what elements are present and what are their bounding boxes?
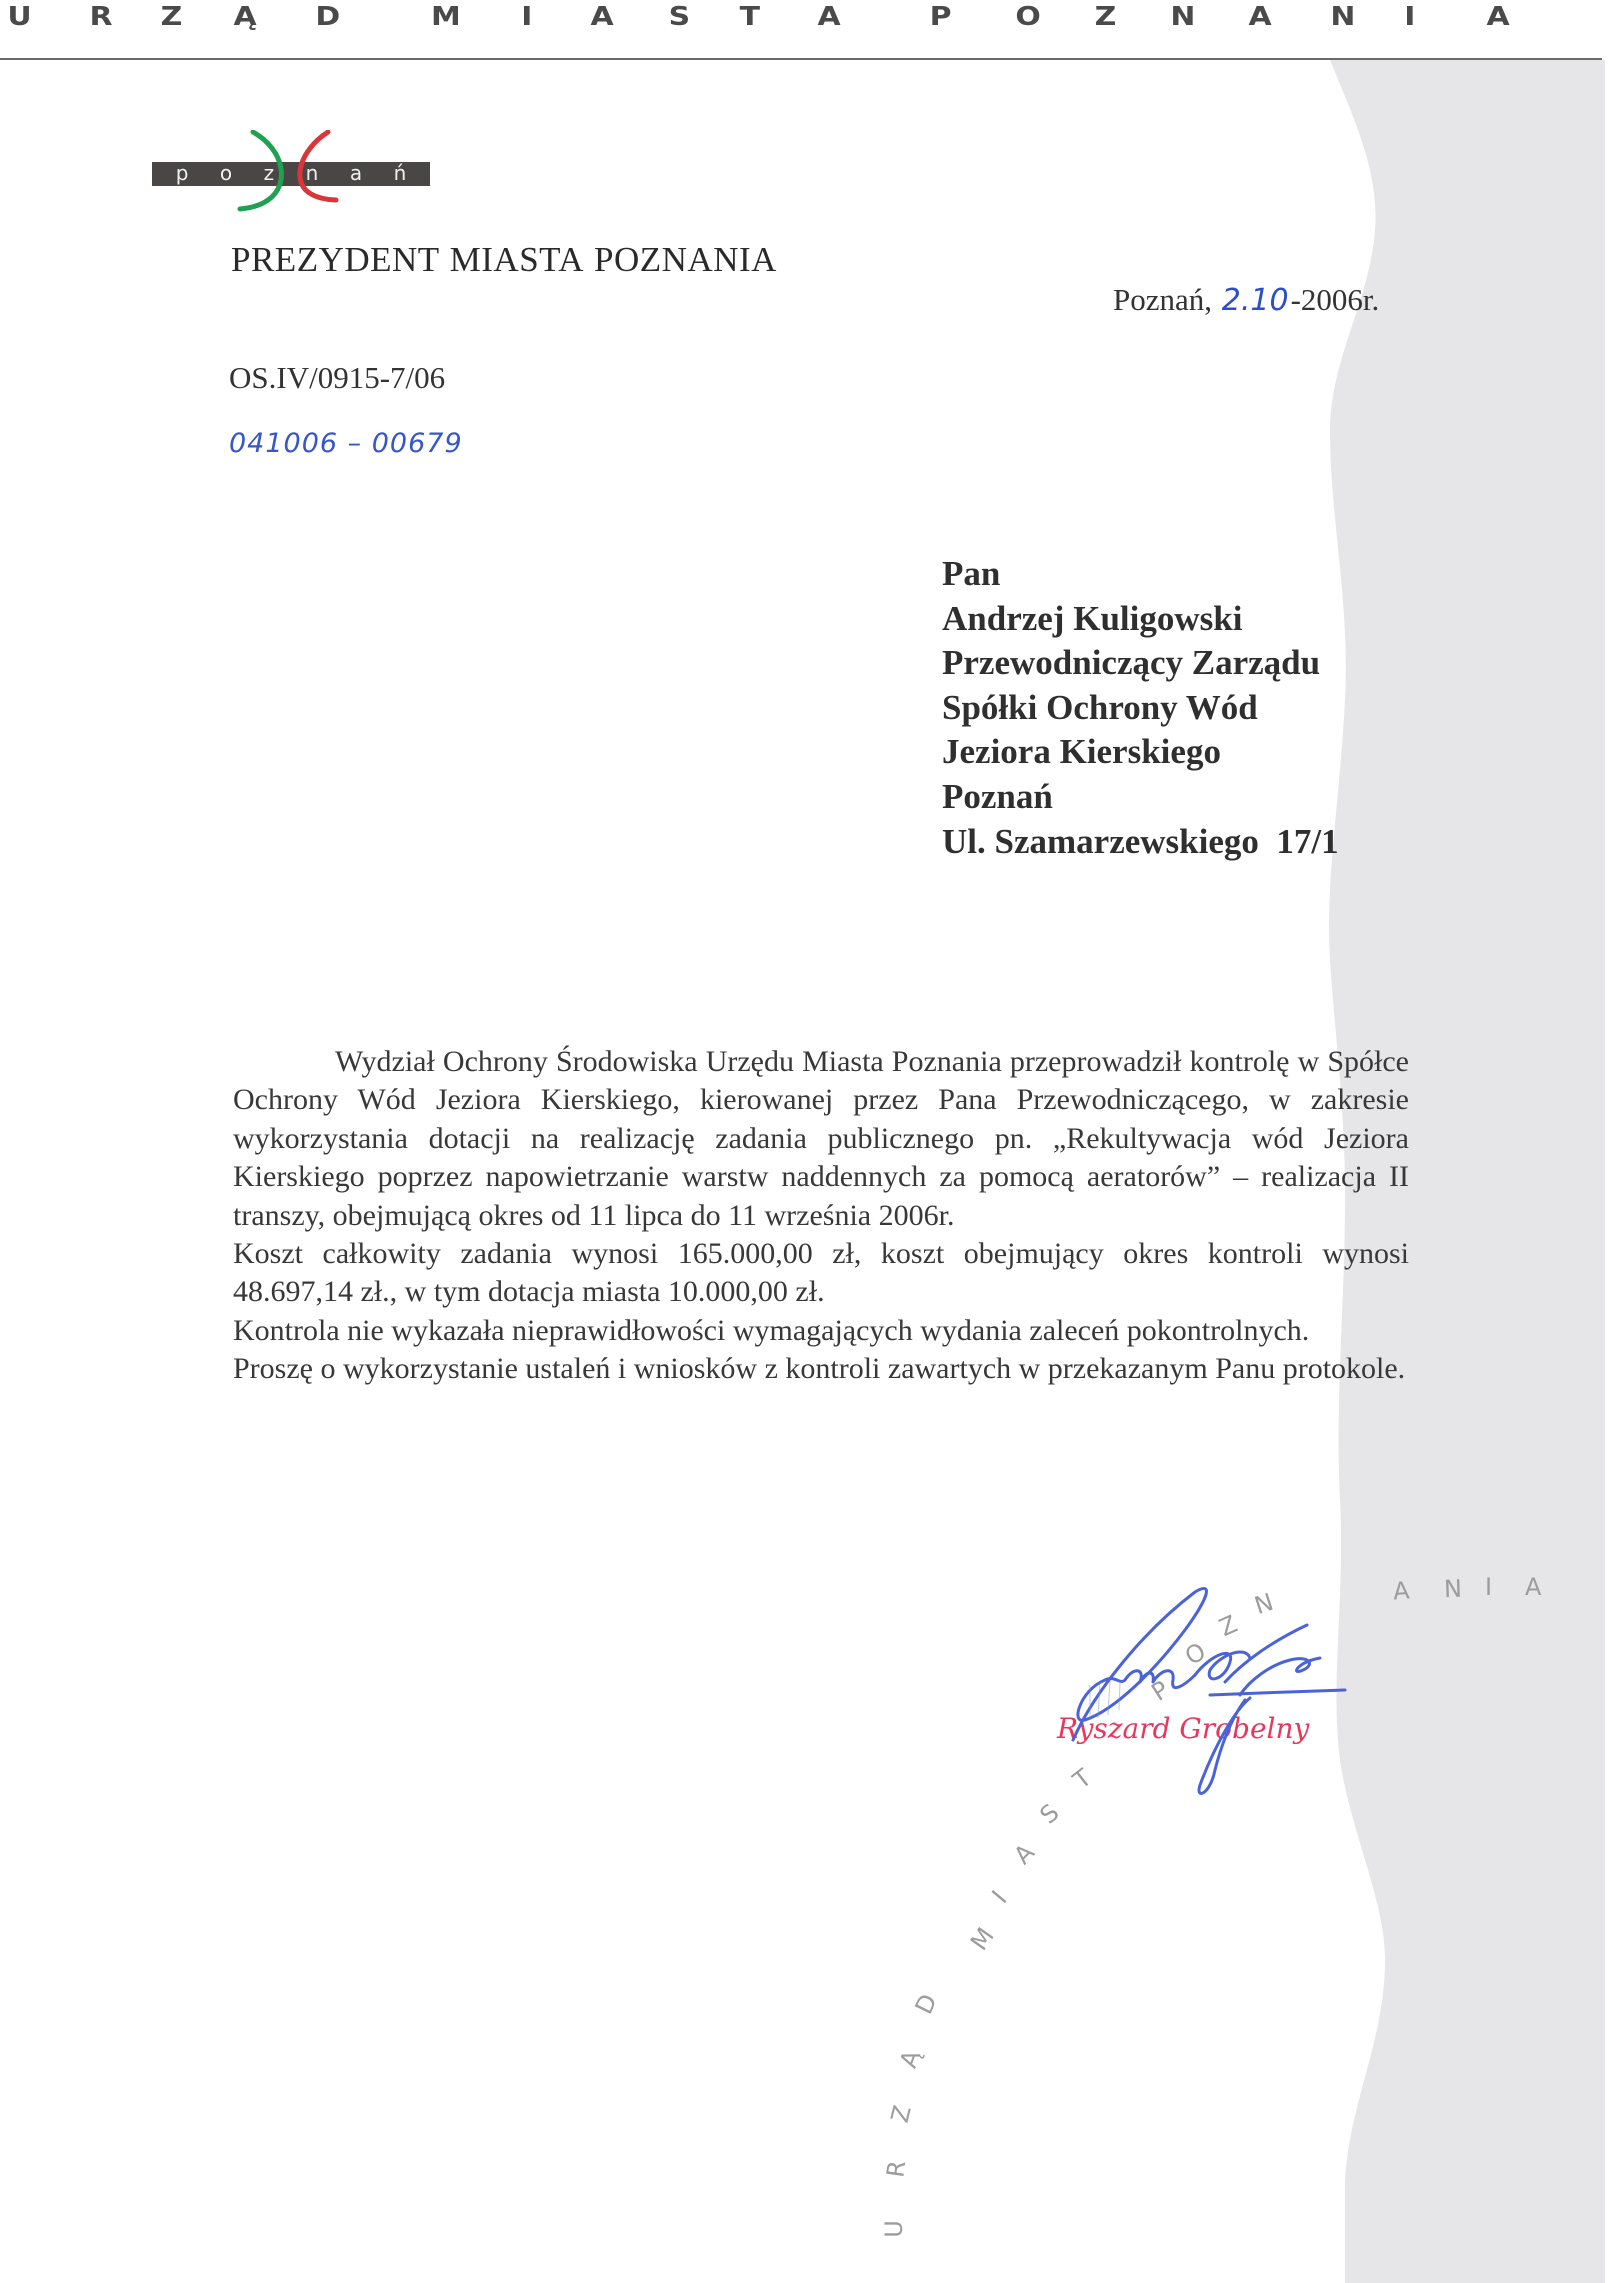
recipient-line: Spółki Ochrony Wód bbox=[942, 686, 1339, 731]
body-paragraph: Proszę o wykorzystanie ustaleń i wnioskó… bbox=[233, 1350, 1409, 1388]
body-paragraph: Koszt całkowity zadania wynosi 165.000,0… bbox=[233, 1235, 1409, 1312]
recipient-line: Jeziora Kierskiego bbox=[942, 730, 1339, 775]
page-title: PREZYDENTMIASTAPOZNANIA bbox=[231, 240, 787, 280]
logo-arcs-icon bbox=[150, 130, 450, 212]
recipient-line: Przewodniczący Zarządu bbox=[942, 641, 1339, 686]
date-year: -2006r. bbox=[1291, 282, 1380, 317]
header-letter: P bbox=[930, 2, 952, 32]
header-letter: I bbox=[1404, 2, 1415, 32]
header-letter: A bbox=[817, 2, 840, 32]
body-paragraph: Wydział Ochrony Środowiska Urzędu Miasta… bbox=[233, 1043, 1409, 1235]
header-letter: S bbox=[669, 2, 691, 32]
handwritten-date: 2.10 bbox=[1222, 283, 1289, 318]
handwritten-signature bbox=[1035, 1570, 1365, 1800]
header-letter: A bbox=[590, 2, 613, 32]
poznan-logo: poznań bbox=[150, 130, 450, 212]
title-word: PREZYDENT bbox=[231, 240, 440, 279]
header-letter: I bbox=[521, 2, 532, 32]
recipient-address: Pan Andrzej Kuligowski Przewodniczący Za… bbox=[942, 552, 1339, 864]
header-letter: O bbox=[1015, 2, 1040, 32]
header-letter: U bbox=[7, 2, 31, 32]
header-letter: Ą bbox=[233, 2, 256, 32]
header-letter: Z bbox=[161, 2, 183, 32]
header-letter: N bbox=[1330, 2, 1355, 32]
place-date: Poznań, 2.10-2006r. bbox=[1113, 282, 1379, 318]
header-letter: D bbox=[315, 2, 340, 32]
recipient-line: Pan bbox=[942, 552, 1339, 597]
recipient-line: Andrzej Kuligowski bbox=[942, 597, 1339, 642]
body-paragraph: Kontrola nie wykazała nieprawidłowości w… bbox=[233, 1312, 1409, 1350]
header-letter: T bbox=[740, 2, 760, 32]
place-label: Poznań, bbox=[1113, 282, 1212, 317]
header-letter: A bbox=[1248, 2, 1271, 32]
header-letter: A bbox=[1486, 2, 1509, 32]
letter-body: Wydział Ochrony Środowiska Urzędu Miasta… bbox=[233, 1043, 1409, 1389]
header-letter: M bbox=[431, 2, 461, 32]
handwritten-registry-number: 041006 – 00679 bbox=[229, 428, 463, 459]
title-word: POZNANIA bbox=[594, 240, 777, 279]
recipient-line: Poznań bbox=[942, 775, 1339, 820]
letterhead-title: URZĄDMIASTAPOZNANIA bbox=[0, 2, 1608, 42]
header-letter: R bbox=[89, 2, 112, 32]
reference-number: OS.IV/0915-7/06 bbox=[229, 360, 445, 396]
header-divider bbox=[0, 58, 1602, 60]
recipient-line: Ul. Szamarzewskiego 17/1 bbox=[942, 820, 1339, 865]
letterhead-header: URZĄDMIASTAPOZNANIA bbox=[0, 0, 1608, 58]
title-word: MIASTA bbox=[450, 240, 584, 279]
header-letter: Z bbox=[1095, 2, 1117, 32]
header-letter: N bbox=[1170, 2, 1195, 32]
